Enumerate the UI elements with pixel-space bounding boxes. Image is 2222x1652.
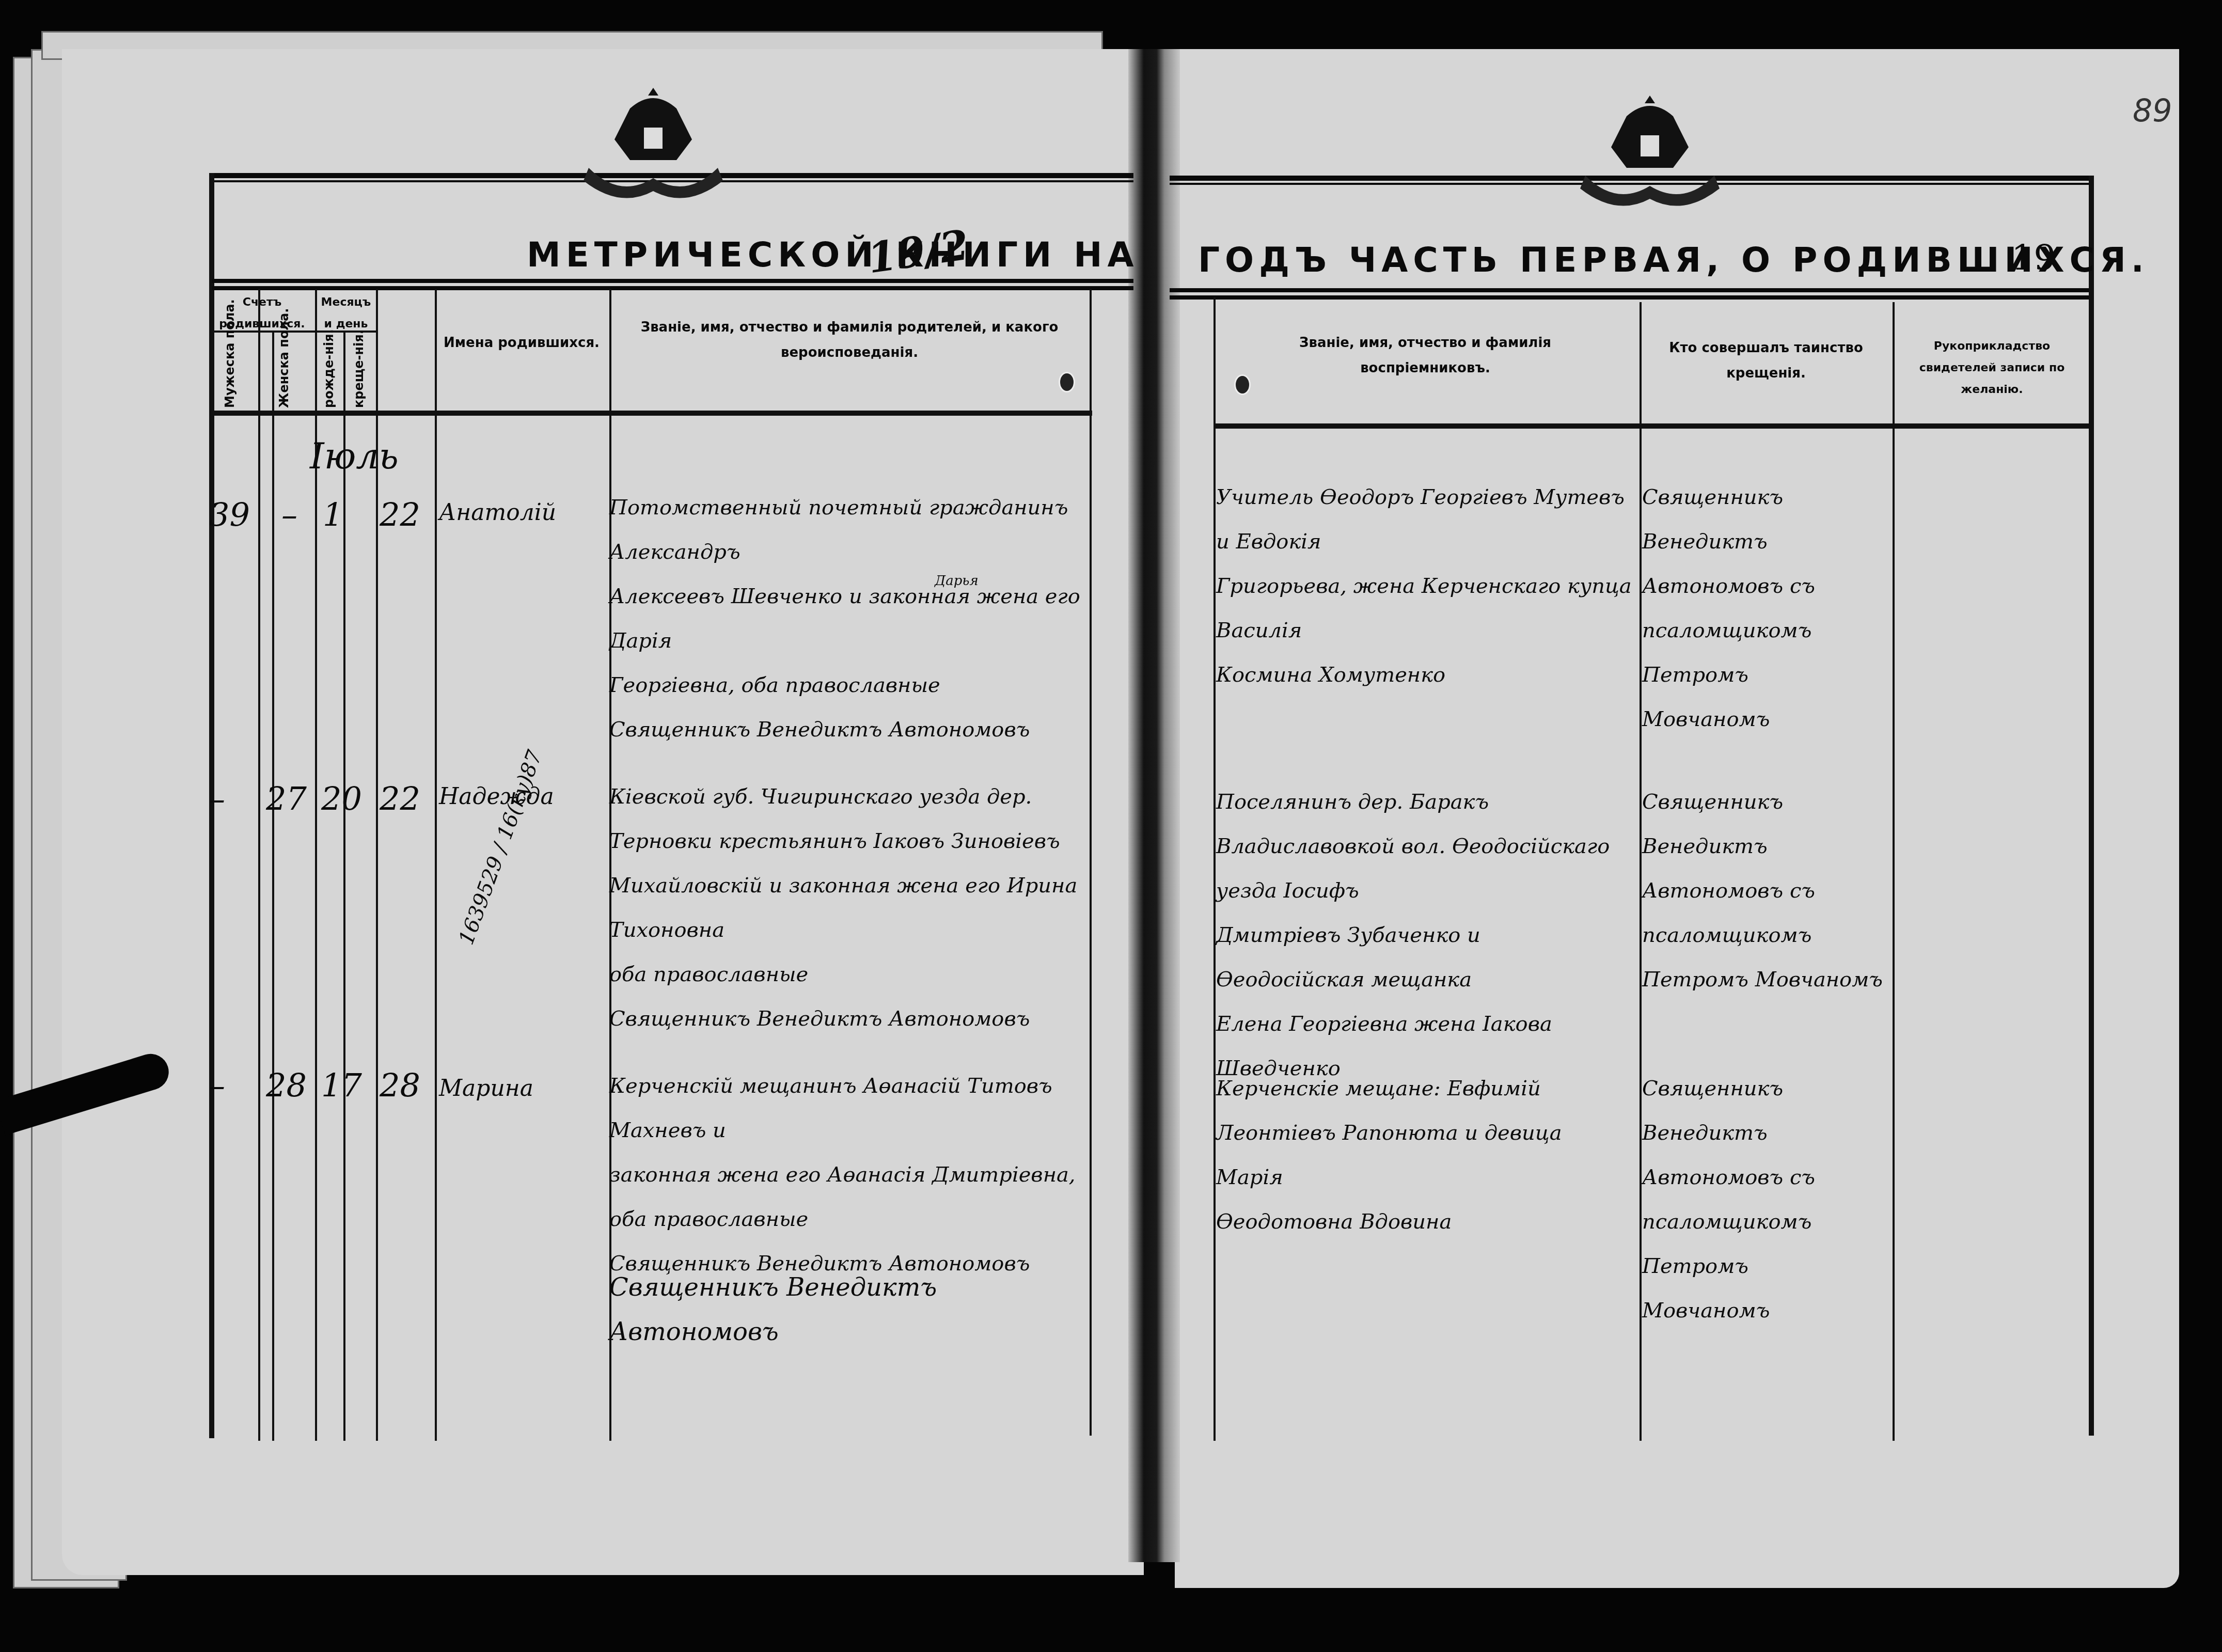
header-bottom-rule: [212, 411, 1092, 416]
record-2-male-no: –: [209, 780, 225, 817]
left-page-title: МЕТРИЧЕСКОЙ КНИГИ НА: [527, 235, 1139, 275]
record-2-officiant: Священникъ Венедиктъ Автономовъ съ псало…: [1642, 780, 1890, 1002]
record-3-birth-day: 17: [321, 1066, 362, 1104]
record-1-birth-day: 1: [323, 496, 343, 533]
header-count-female: Женска пола.: [276, 308, 292, 408]
imperial-eagle-crest-icon: [1565, 85, 1735, 219]
record-3-female-no: 28: [266, 1066, 307, 1104]
month-handwritten: Іюль: [310, 434, 399, 478]
record-1-parents-note: Дарья: [935, 573, 979, 589]
page-signature: Священникъ Венедиктъ Автономовъ: [609, 1265, 1084, 1354]
record-3-baptism-day: 28: [380, 1066, 420, 1104]
col-rule: [258, 289, 260, 1441]
record-1-female-no: –: [281, 496, 297, 533]
col-rule: [435, 289, 437, 1441]
page-number: 19: [2011, 238, 2056, 278]
col-rule: [1090, 289, 1092, 1436]
record-3-name: Марина: [439, 1066, 533, 1111]
record-2-birth-day: 20: [321, 780, 362, 817]
header-count-male: Мужеска пола.: [222, 299, 238, 408]
col-rule: [1640, 302, 1642, 1441]
header-parents: Званіе, имя, отчество и фамилія родителе…: [612, 315, 1087, 366]
header-godparents: Званіе, имя, отчество и фамилія воспріем…: [1239, 331, 1611, 382]
header-bottom-rule: [1214, 423, 2089, 429]
right-title-rule: [1170, 288, 2089, 292]
header-date-birth: рожде-нія.: [321, 329, 337, 408]
header-date-baptism: креще-нія.: [351, 329, 367, 408]
record-2-baptism-day: 22: [380, 780, 420, 817]
record-2-godparents: Поселянинъ дер. Баракъ Владиславовкой во…: [1216, 780, 1634, 1091]
header-names: Имена родившихся.: [436, 331, 607, 356]
record-1-parents: Потомственный почетный гражданинъ Алекса…: [609, 485, 1084, 752]
col-rule: [343, 331, 345, 1441]
record-3-parents: Керченскій мещанинъ Аөанасій Титовъ Махн…: [609, 1064, 1084, 1286]
col-rule: [272, 331, 274, 1441]
record-3-officiant: Священникъ Венедиктъ Автономовъ съ псало…: [1642, 1066, 1890, 1333]
col-rule: [1893, 302, 1895, 1441]
record-3-male-no: –: [209, 1066, 225, 1104]
binding-hole: [1059, 372, 1075, 392]
right-frame-right-rule: [2089, 176, 2094, 1436]
left-title-rule: [212, 279, 1133, 283]
header-date-group: Месяцъ и день: [318, 292, 374, 335]
book-gutter: [1128, 49, 1180, 1562]
record-1-godparents: Учитель Өеодоръ Георгіевъ Мутевъ и Евдок…: [1216, 475, 1634, 697]
imperial-eagle-crest-icon: [568, 77, 738, 212]
right-page-title: ГОДЪ ЧАСТЬ ПЕРВАЯ, О РОДИВШИХСЯ.: [1198, 240, 2149, 280]
record-1-male-no: 39: [209, 496, 250, 533]
record-1-name: Анатолій: [439, 491, 556, 535]
record-1-baptism-day: 22: [380, 496, 420, 533]
header-witnesses: Рукоприкладство свидетелей записи по жел…: [1898, 336, 2086, 400]
record-3-godparents: Керченскіе мещане: Евфимій Леонтіевъ Рап…: [1216, 1066, 1634, 1244]
folio-number: 89: [2133, 93, 2172, 129]
header-officiant: Кто совершалъ таинство крещенія.: [1645, 336, 1887, 387]
record-2-female-no: 27: [266, 780, 307, 817]
record-1-officiant: Священникъ Венедиктъ Автономовъ съ псало…: [1642, 475, 1890, 742]
record-2-parents: Кіевской губ. Чигиринскаго уезда дер. Те…: [609, 775, 1084, 1041]
col-rule: [1214, 297, 1216, 1441]
